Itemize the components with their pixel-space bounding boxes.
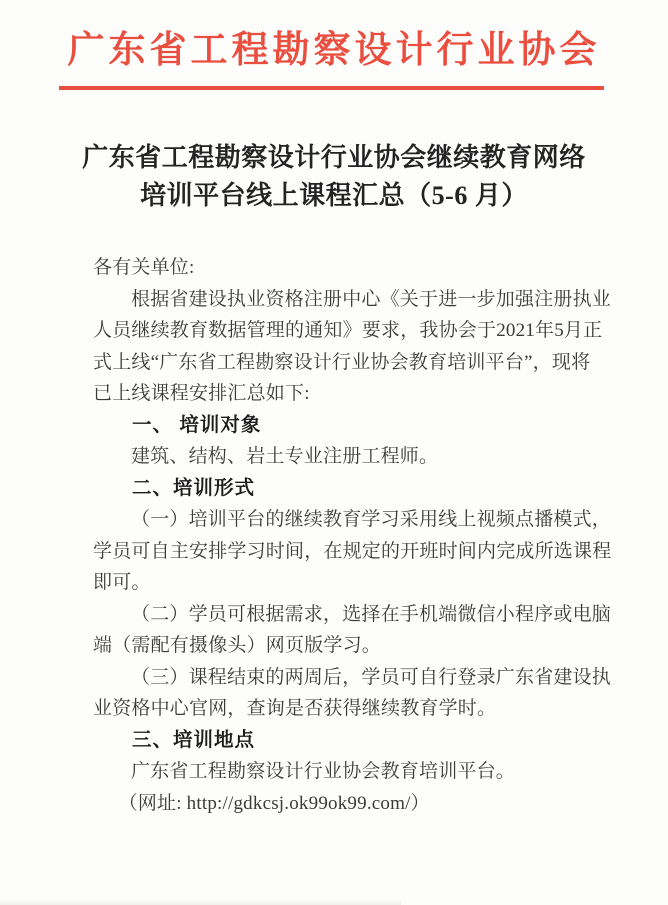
section-heading: 三、培训地点 [93,725,582,757]
body-line: 业资格中心官网，查询是否获得继续教育学时。 [93,693,582,725]
body-line: 即可。 [93,567,582,599]
body-line: （三）课程结束的两周后，学员可自行登录广东省建设执 [93,662,582,694]
body-line: 建筑、结构、岩土专业注册工程师。 [93,441,582,473]
section-heading: 一、 培训对象 [93,410,582,442]
document-title-line2: 培训平台线上课程汇总（5-6 月） [0,177,668,215]
scanned-document-page: 广东省工程勘察设计行业协会 广东省工程勘察设计行业协会继续教育网络 培训平台线上… [0,0,668,905]
body-line: 式上线“广东省工程勘察设计行业协会教育培训平台”，现将 [93,347,582,379]
body-line: 端（需配有摄像头）网页版学习。 [93,630,582,662]
letterhead-org-name: 广东省工程勘察设计行业协会 [0,0,668,71]
body-line: 各有关单位: [93,252,582,284]
document-title-line1: 广东省工程勘察设计行业协会继续教育网络 [0,139,668,177]
document-title: 广东省工程勘察设计行业协会继续教育网络 培训平台线上课程汇总（5-6 月） [0,139,668,215]
body-line: 人员继续教育数据管理的通知》要求，我协会于2021年5月正 [93,315,582,347]
document-body: 各有关单位:根据省建设执业资格注册中心《关于进一步加强注册执业人员继续教育数据管… [93,252,582,819]
body-line: 学员可自主安排学习时间，在规定的开班时间内完成所选课程 [93,536,582,568]
body-line: （一）培训平台的继续教育学习采用线上视频点播模式， [93,504,582,536]
letterhead-rule [59,86,604,90]
body-line: 广东省工程勘察设计行业协会教育培训平台。 [93,756,582,788]
body-line: （二）学员可根据需求，选择在手机端微信小程序或电脑 [93,599,582,631]
body-line: （网址: http://gdkcsj.ok99ok99.com/） [93,788,582,820]
section-heading: 二、培训形式 [93,473,582,505]
body-line: 已上线课程安排汇总如下: [93,378,582,410]
body-line: 根据省建设执业资格注册中心《关于进一步加强注册执业 [93,284,582,316]
